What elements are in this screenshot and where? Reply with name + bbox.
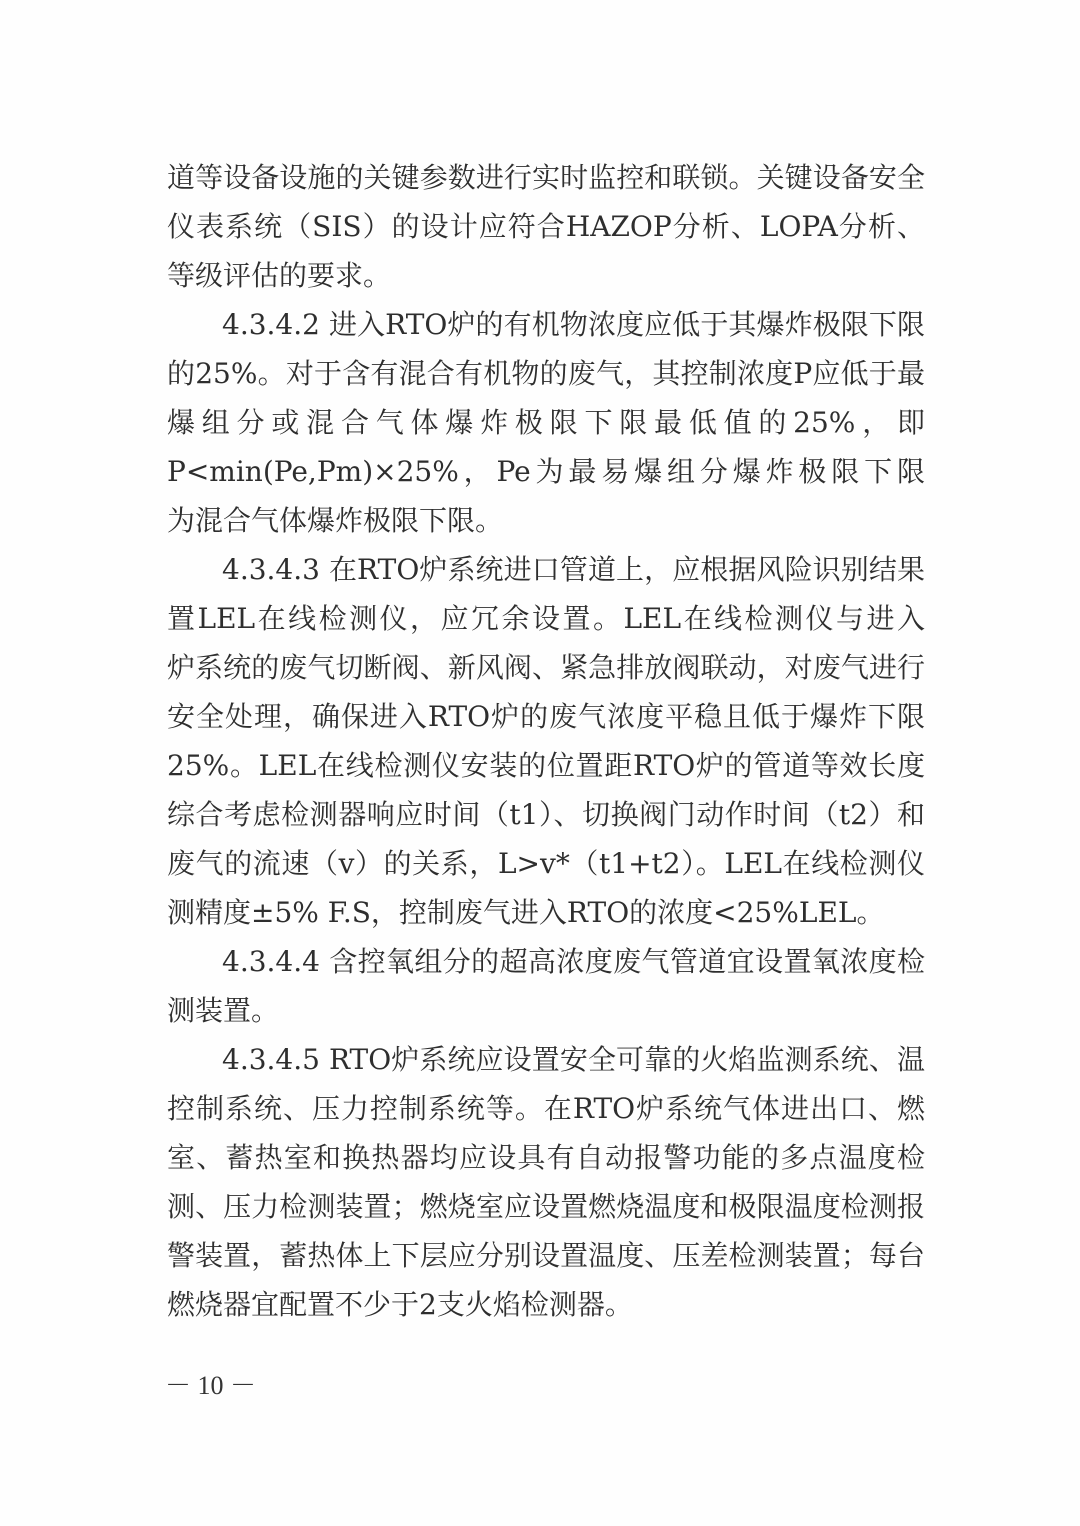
text-line: 等级评估的要求。	[167, 256, 925, 296]
text-line: 爆组分或混合气体爆炸极限下限最低值的25%，即	[167, 403, 925, 443]
text-line: 道等设备设施的关键参数进行实时监控和联锁。关键设备安全	[167, 158, 925, 198]
text-line: 的25%。对于含有混合有机物的废气，其控制浓度P应低于最易	[167, 354, 925, 394]
text-line: 25%。LEL在线检测仪安装的位置距RTO炉的管道等效长度(L)	[167, 746, 925, 786]
text-line: 仪表系统（SIS）的设计应符合HAZOP分析、LOPA分析、SIL	[167, 207, 925, 247]
text-line: 警装置，蓄热体上下层应分别设置温度、压差检测装置；每台	[167, 1236, 925, 1276]
text-line: 置LEL在线检测仪，应冗余设置。LEL在线检测仪与进入RTO	[167, 599, 925, 639]
text-line: P<min(Pe,Pm)×25%，Pe为最易爆组分爆炸极限下限（%），Pm	[167, 452, 925, 492]
document-page: 道等设备设施的关键参数进行实时监控和联锁。关键设备安全 仪表系统（SIS）的设计…	[0, 0, 1080, 1526]
text-line: 燃烧器宜配置不少于2支火焰检测器。	[167, 1285, 925, 1325]
text-line: 控制系统、压力控制系统等。在RTO炉系统气体进出口、燃烧	[167, 1089, 925, 1129]
text-line: 炉系统的废气切断阀、新风阀、紧急排放阀联动，对废气进行	[167, 648, 925, 688]
text-line: 废气的流速（v）的关系，L>v*（t1+t2）。LEL在线检测仪检	[167, 844, 925, 884]
section-4-3-4-5-line: 4.3.4.5 RTO炉系统应设置安全可靠的火焰监测系统、温度	[222, 1040, 925, 1080]
text-line: 室、蓄热室和换热器均应设具有自动报警功能的多点温度检	[167, 1138, 925, 1178]
section-4-3-4-2-line: 4.3.4.2 进入RTO炉的有机物浓度应低于其爆炸极限下限	[222, 305, 925, 345]
text-line: 测精度±5% F.S，控制废气进入RTO的浓度<25%LEL。	[167, 893, 925, 933]
page-number: － 10 －	[165, 1368, 256, 1404]
section-4-3-4-4-line: 4.3.4.4 含控氧组分的超高浓度废气管道宜设置氧浓度检	[222, 942, 925, 982]
section-4-3-4-3-line: 4.3.4.3 在RTO炉系统进口管道上，应根据风险识别结果设	[222, 550, 925, 590]
text-line: 综合考虑检测器响应时间（t1）、切换阀门动作时间（t2）和	[167, 795, 925, 835]
text-line: 为混合气体爆炸极限下限。	[167, 501, 925, 541]
text-line: 安全处理，确保进入RTO炉的废气浓度平稳且低于爆炸下限的	[167, 697, 925, 737]
text-line: 测、压力检测装置；燃烧室应设置燃烧温度和极限温度检测报	[167, 1187, 925, 1227]
text-line: 测装置。	[167, 991, 925, 1031]
